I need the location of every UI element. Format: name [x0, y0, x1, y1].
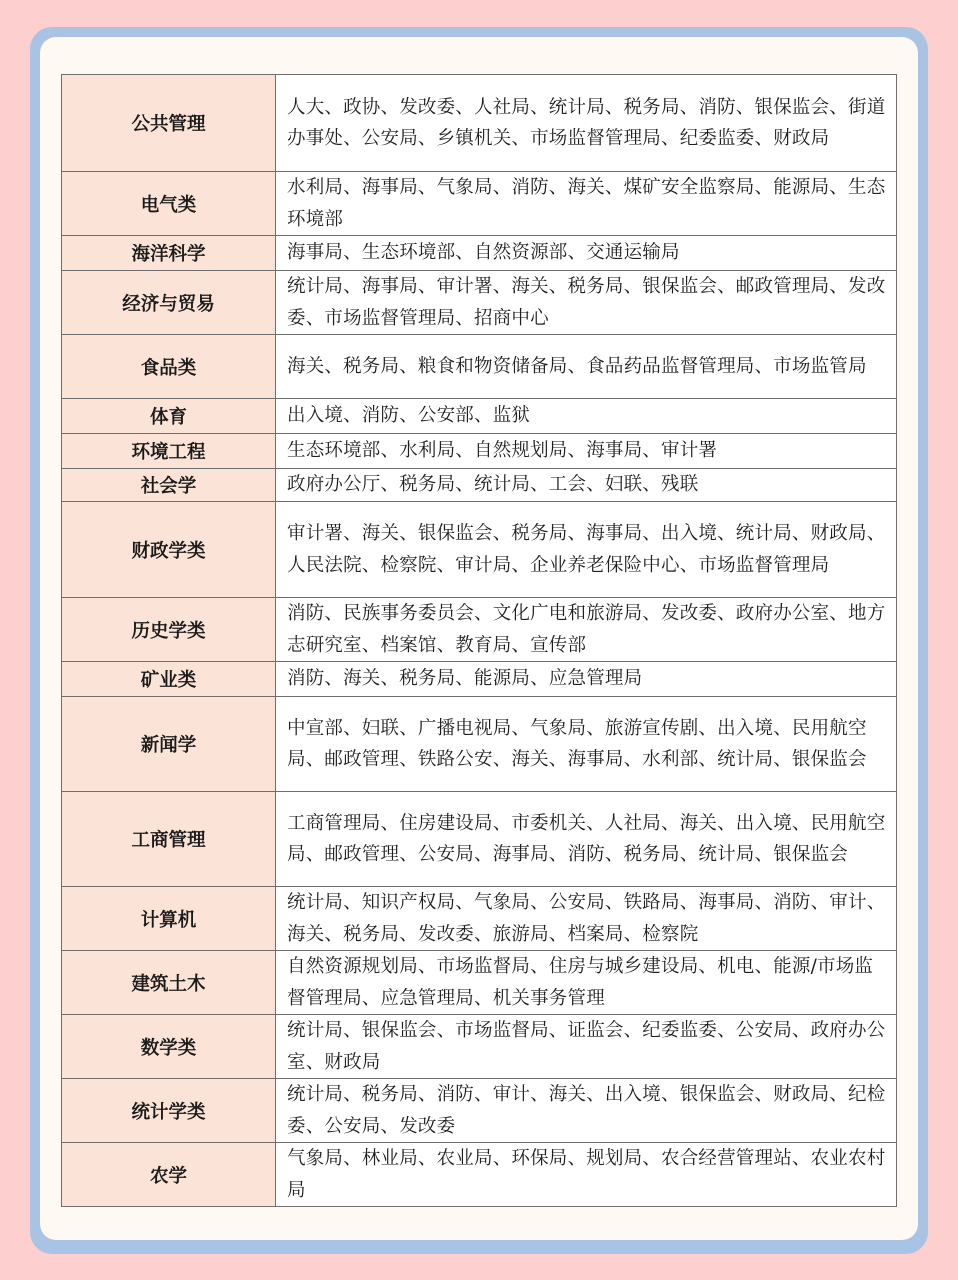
- table-row: 财政学类审计署、海关、银保监会、税务局、海事局、出入境、统计局、财政局、人民法院…: [62, 502, 897, 598]
- major-department-table: 公共管理人大、政协、发改委、人社局、统计局、税务局、消防、银保监会、街道办事处、…: [61, 74, 897, 1207]
- major-category-cell: 计算机: [62, 887, 276, 951]
- departments-cell: 审计署、海关、银保监会、税务局、海事局、出入境、统计局、财政局、人民法院、检察院…: [276, 502, 897, 598]
- departments-cell: 消防、海关、税务局、能源局、应急管理局: [276, 662, 897, 697]
- major-category-cell: 社会学: [62, 469, 276, 502]
- major-category-cell: 新闻学: [62, 697, 276, 792]
- table-row: 数学类统计局、银保监会、市场监督局、证监会、纪委监委、公安局、政府办公室、财政局: [62, 1015, 897, 1079]
- table-row: 农学气象局、林业局、农业局、环保局、规划局、农合经营管理站、农业农村局: [62, 1143, 897, 1207]
- table-row: 环境工程生态环境部、水利局、自然规划局、海事局、审计署: [62, 434, 897, 469]
- departments-cell: 海事局、生态环境部、自然资源部、交通运输局: [276, 236, 897, 271]
- major-category-cell: 海洋科学: [62, 236, 276, 271]
- departments-cell: 海关、税务局、粮食和物资储备局、食品药品监督管理局、市场监管局: [276, 335, 897, 399]
- major-category-cell: 环境工程: [62, 434, 276, 469]
- departments-cell: 气象局、林业局、农业局、环保局、规划局、农合经营管理站、农业农村局: [276, 1143, 897, 1207]
- table-row: 工商管理工商管理局、住房建设局、市委机关、人社局、海关、出入境、民用航空局、邮政…: [62, 792, 897, 887]
- major-category-cell: 工商管理: [62, 792, 276, 887]
- table-row: 矿业类消防、海关、税务局、能源局、应急管理局: [62, 662, 897, 697]
- table-row: 食品类海关、税务局、粮食和物资储备局、食品药品监督管理局、市场监管局: [62, 335, 897, 399]
- major-category-cell: 食品类: [62, 335, 276, 399]
- major-category-cell: 经济与贸易: [62, 271, 276, 335]
- table-row: 公共管理人大、政协、发改委、人社局、统计局、税务局、消防、银保监会、街道办事处、…: [62, 75, 897, 172]
- departments-cell: 消防、民族事务委员会、文化广电和旅游局、发改委、政府办公室、地方志研究室、档案馆…: [276, 598, 897, 662]
- departments-cell: 工商管理局、住房建设局、市委机关、人社局、海关、出入境、民用航空局、邮政管理、公…: [276, 792, 897, 887]
- departments-cell: 统计局、税务局、消防、审计、海关、出入境、银保监会、财政局、纪检委、公安局、发改…: [276, 1079, 897, 1143]
- major-category-cell: 建筑土木: [62, 951, 276, 1015]
- table-row: 计算机统计局、知识产权局、气象局、公安局、铁路局、海事局、消防、审计、海关、税务…: [62, 887, 897, 951]
- table-row: 历史学类消防、民族事务委员会、文化广电和旅游局、发改委、政府办公室、地方志研究室…: [62, 598, 897, 662]
- departments-cell: 统计局、知识产权局、气象局、公安局、铁路局、海事局、消防、审计、海关、税务局、发…: [276, 887, 897, 951]
- table-row: 建筑土木自然资源规划局、市场监督局、住房与城乡建设局、机电、能源/市场监督管理局…: [62, 951, 897, 1015]
- departments-cell: 统计局、海事局、审计署、海关、税务局、银保监会、邮政管理局、发改委、市场监督管理…: [276, 271, 897, 335]
- major-category-cell: 电气类: [62, 172, 276, 236]
- major-category-cell: 统计学类: [62, 1079, 276, 1143]
- major-category-cell: 矿业类: [62, 662, 276, 697]
- table-row: 新闻学中宣部、妇联、广播电视局、气象局、旅游宣传剧、出入境、民用航空局、邮政管理…: [62, 697, 897, 792]
- departments-cell: 生态环境部、水利局、自然规划局、海事局、审计署: [276, 434, 897, 469]
- departments-cell: 自然资源规划局、市场监督局、住房与城乡建设局、机电、能源/市场监督管理局、应急管…: [276, 951, 897, 1015]
- major-category-cell: 体育: [62, 399, 276, 434]
- departments-cell: 政府办公厅、税务局、统计局、工会、妇联、残联: [276, 469, 897, 502]
- major-category-cell: 历史学类: [62, 598, 276, 662]
- table-row: 社会学政府办公厅、税务局、统计局、工会、妇联、残联: [62, 469, 897, 502]
- table-row: 经济与贸易统计局、海事局、审计署、海关、税务局、银保监会、邮政管理局、发改委、市…: [62, 271, 897, 335]
- departments-cell: 中宣部、妇联、广播电视局、气象局、旅游宣传剧、出入境、民用航空局、邮政管理、铁路…: [276, 697, 897, 792]
- departments-cell: 统计局、银保监会、市场监督局、证监会、纪委监委、公安局、政府办公室、财政局: [276, 1015, 897, 1079]
- departments-cell: 出入境、消防、公安部、监狱: [276, 399, 897, 434]
- departments-cell: 水利局、海事局、气象局、消防、海关、煤矿安全监察局、能源局、生态环境部: [276, 172, 897, 236]
- table-row: 海洋科学海事局、生态环境部、自然资源部、交通运输局: [62, 236, 897, 271]
- table-row: 体育出入境、消防、公安部、监狱: [62, 399, 897, 434]
- major-category-cell: 财政学类: [62, 502, 276, 598]
- departments-cell: 人大、政协、发改委、人社局、统计局、税务局、消防、银保监会、街道办事处、公安局、…: [276, 75, 897, 172]
- table-row: 统计学类统计局、税务局、消防、审计、海关、出入境、银保监会、财政局、纪检委、公安…: [62, 1079, 897, 1143]
- major-category-cell: 农学: [62, 1143, 276, 1207]
- major-category-cell: 数学类: [62, 1015, 276, 1079]
- major-category-cell: 公共管理: [62, 75, 276, 172]
- table-row: 电气类水利局、海事局、气象局、消防、海关、煤矿安全监察局、能源局、生态环境部: [62, 172, 897, 236]
